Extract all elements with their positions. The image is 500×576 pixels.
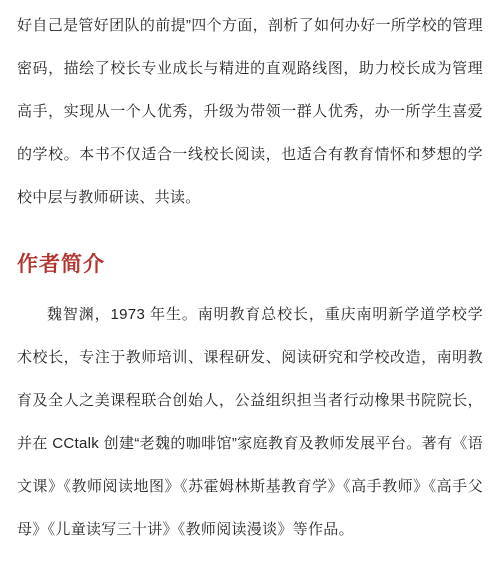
document-page: 好自己是管好团队的前提”四个方面，剖析了如何办好一所学校的管理密码，描绘了校长专…	[0, 0, 500, 576]
author-bio-paragraph: 魏智渊，1973 年生。南明教育总校长，重庆南明新学道学校学术校长，专注于教师培…	[17, 293, 483, 551]
section-heading-author-bio: 作者简介	[17, 250, 483, 280]
intro-paragraph: 好自己是管好团队的前提”四个方面，剖析了如何办好一所学校的管理密码，描绘了校长专…	[17, 4, 483, 219]
